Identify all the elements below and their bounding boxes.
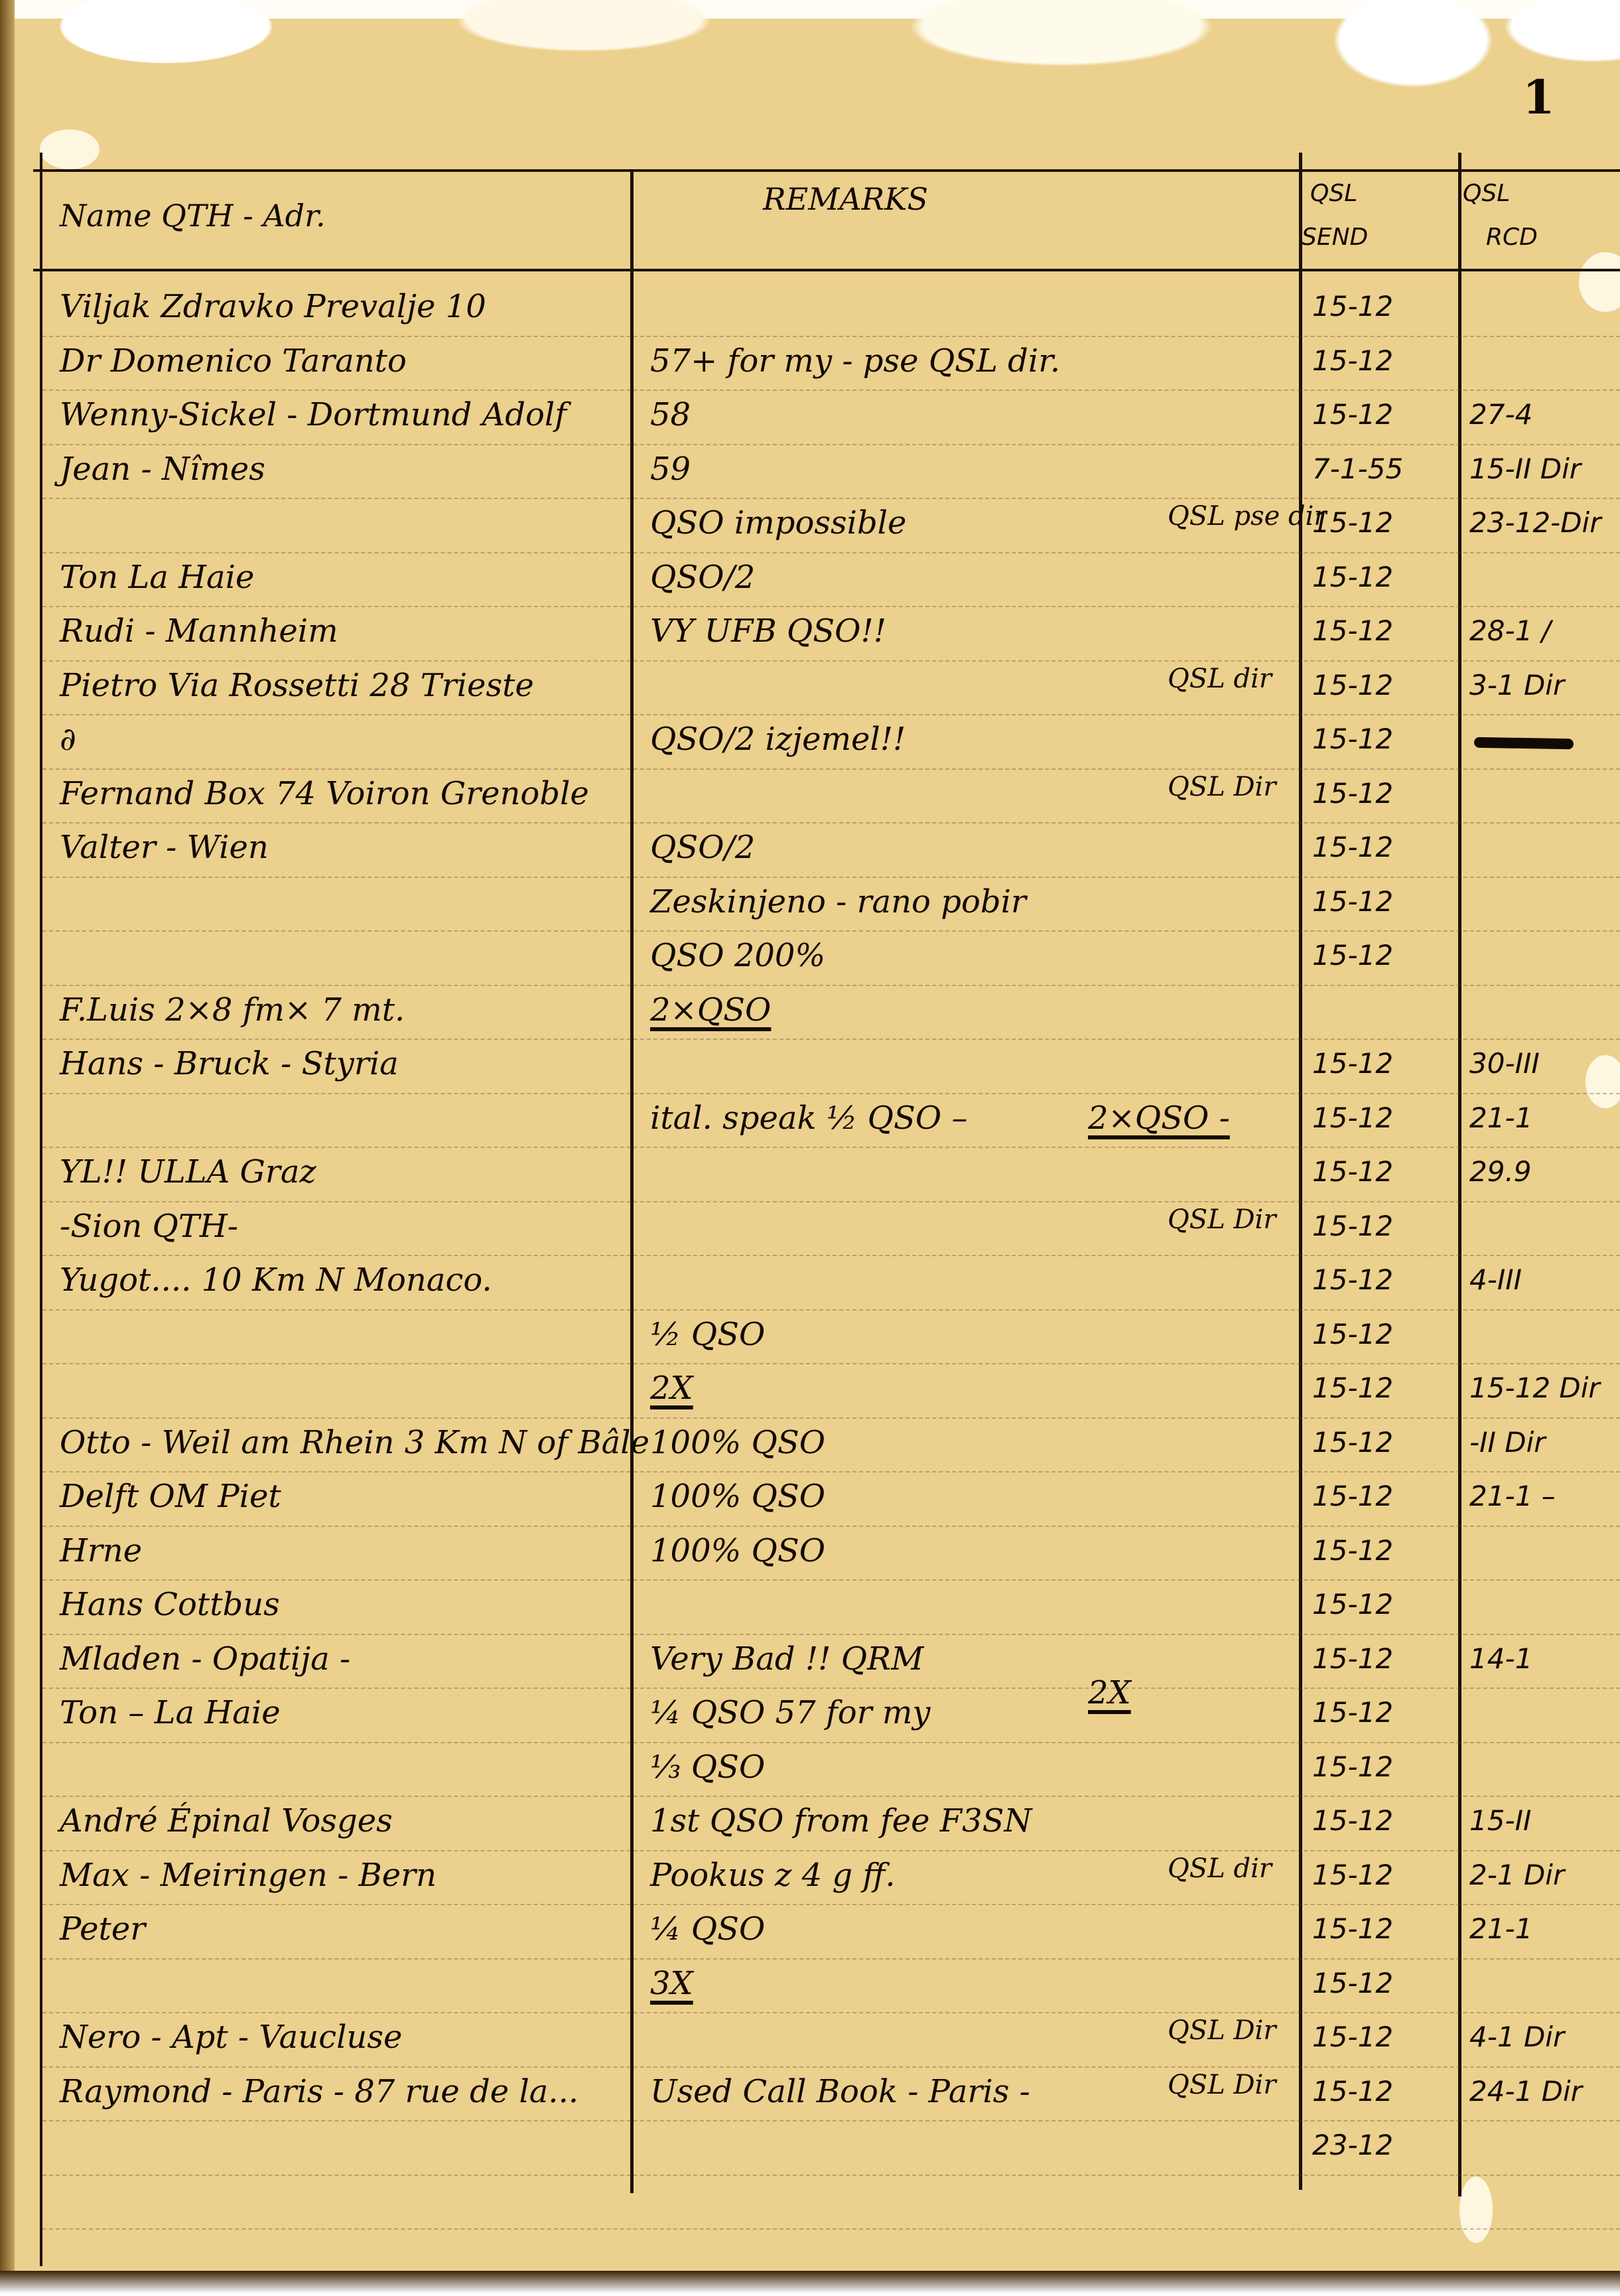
entry-qsl-rcvd-date: 24-1 Dir: [1469, 2072, 1582, 2112]
left-margin-line: [40, 153, 42, 2266]
entry-qsl-rcvd-date: 30-III: [1469, 1044, 1540, 1084]
entry-remarks: 100% QSO: [650, 1531, 825, 1571]
entry-qsl-rcvd-date: 23-12-Dir: [1469, 503, 1601, 543]
ruled-line: [42, 930, 1620, 932]
entry-name-qth: Raymond - Paris - 87 rue de la...: [60, 2072, 578, 2112]
entry-name-qth: Fernand Box 74 Voiron Grenoble: [60, 774, 589, 814]
ruled-line: [42, 985, 1620, 986]
entry-qsl-sent-date: 15-12: [1312, 1964, 1393, 2003]
entry-qsl-sent-date: 15-12: [1312, 719, 1393, 759]
entry-name-qth: Peter: [60, 1909, 145, 1949]
entry-name-qth: Valter - Wien: [60, 827, 269, 867]
entry-remarks: 1st QSO from fee F3SN: [650, 1801, 1032, 1841]
header-remarks: REMARKS: [763, 179, 928, 219]
entry-remarks: 100% QSO: [650, 1423, 825, 1463]
entry-qsl-sent-date: 15-12: [1312, 557, 1393, 597]
ruled-line: [42, 552, 1620, 553]
entry-name-qth: Pietro Via Rossetti 28 Trieste: [60, 666, 534, 705]
header-qsl-send-1: QSL: [1310, 174, 1357, 214]
paper-bottom-edge: [0, 2271, 1620, 2296]
entry-remarks: VY UFB QSO!!: [650, 611, 886, 651]
torn-top-edge: [0, 0, 1620, 153]
entry-qsl-rcvd-date: 3-1 Dir: [1469, 666, 1564, 705]
ruled-line: [42, 444, 1620, 445]
entry-qsl-sent-date: 15-12: [1312, 2072, 1393, 2112]
entry-qsl-rcvd-date: 2-1 Dir: [1469, 1855, 1564, 1895]
entry-qsl-sent-date: 15-12: [1312, 1044, 1393, 1084]
paper-stain: [1459, 2177, 1493, 2243]
entry-qsl-sent-date: 15-12: [1312, 1801, 1393, 1841]
entry-qsl-sent-date: 15-12: [1312, 341, 1393, 381]
entry-qsl-sent-date: 15-12: [1312, 1260, 1393, 1300]
entry-qsl-sent-date: 15-12: [1312, 1585, 1393, 1624]
entry-remarks-qsl-note: QSL Dir: [1168, 767, 1276, 807]
ruled-line: [42, 1904, 1620, 1905]
paper-stain: [1579, 252, 1620, 312]
entry-remarks-qsl-note: QSL Dir: [1168, 2065, 1276, 2105]
entry-name-qth: Viljak Zdravko Prevalje 10: [60, 287, 486, 326]
entry-remarks: QSO/2: [650, 557, 755, 597]
entry-remarks: QSO impossible: [650, 503, 906, 543]
paper-stain: [1586, 1055, 1620, 1108]
entry-qsl-rcvd-date: 15-II: [1469, 1801, 1531, 1841]
page-number: 1: [1522, 70, 1555, 125]
entry-qsl-sent-date: 15-12: [1312, 1098, 1393, 1138]
entry-qsl-sent-date: 15-12: [1312, 1639, 1393, 1679]
ruled-line: [42, 768, 1620, 770]
entry-qsl-sent-date: 15-12: [1312, 1423, 1393, 1463]
entry-remarks: ital. speak ½ QSO –: [650, 1098, 967, 1138]
ruled-line: [42, 2012, 1620, 2013]
ruled-line: [42, 2066, 1620, 2068]
header-qsl-rcd-1: QSL: [1463, 174, 1510, 214]
ruled-line: [42, 1147, 1620, 1148]
ruled-line: [42, 714, 1620, 715]
column-divider-qsl-send: [1299, 153, 1302, 2190]
column-divider-qsl-rcd: [1458, 153, 1461, 2196]
entry-remarks: 57+ for my - pse QSL dir.: [650, 341, 1060, 381]
entry-qsl-sent-date: 23-12: [1312, 2125, 1393, 2165]
entry-remarks: 59: [650, 449, 691, 489]
entry-remarks: 2X: [650, 1368, 693, 1408]
entry-remarks: Very Bad !! QRM: [650, 1639, 923, 1679]
entry-qsl-rcvd-date: 4-1 Dir: [1469, 2017, 1564, 2057]
entry-name-qth: Jean - Nîmes: [60, 449, 265, 489]
entry-name-qth: Dr Domenico Taranto: [60, 341, 407, 381]
entry-qsl-sent-date: 15-12: [1312, 1747, 1393, 1787]
ruled-line: [42, 2228, 1620, 2230]
entry-name-qth: Hans - Bruck - Styria: [60, 1044, 399, 1084]
entry-qsl-rcvd-date: 21-1: [1469, 1909, 1532, 1949]
ruled-line: [42, 1742, 1620, 1743]
entry-remarks: Zeskinjeno - rano pobir: [650, 882, 1026, 922]
entry-remarks: Used Call Book - Paris -: [650, 2072, 1030, 2112]
entry-name-qth: Delft OM Piet: [60, 1476, 281, 1516]
entry-remarks: 3X: [650, 1964, 693, 2003]
entry-qsl-rcvd-date: 21-1: [1469, 1098, 1532, 1138]
entry-qsl-sent-date: 7-1-55: [1312, 449, 1403, 489]
ruled-line: [42, 1958, 1620, 1960]
ruled-line: [42, 1526, 1620, 1527]
paper-stain: [40, 129, 100, 169]
ruled-line: [42, 1039, 1620, 1040]
entry-remarks: 100% QSO: [650, 1476, 825, 1516]
entry-qsl-rcvd-date: -II Dir: [1469, 1423, 1546, 1463]
entry-remarks-qsl-note: QSL Dir: [1168, 2011, 1276, 2050]
ruled-line: [42, 1687, 1620, 1689]
ruled-line: [42, 1471, 1620, 1472]
entry-qsl-sent-date: 15-12: [1312, 1531, 1393, 1571]
ruled-line: [42, 1201, 1620, 1202]
entry-remarks: ½ QSO: [650, 1315, 765, 1354]
entry-qsl-sent-date: 15-12: [1312, 1206, 1393, 1246]
entry-name-qth: Ton La Haie: [60, 557, 254, 597]
entry-remarks: 2×QSO: [650, 990, 771, 1030]
entry-qsl-sent-date: 15-12: [1312, 774, 1393, 814]
ruled-line: [42, 1255, 1620, 1256]
entry-qsl-sent-date: 15-12: [1312, 827, 1393, 867]
entry-name-qth: ∂: [60, 719, 76, 759]
entry-name-qth: Hrne: [60, 1531, 142, 1571]
entry-remarks: ¼ QSO 57 for my: [650, 1693, 930, 1733]
entry-qsl-rcvd-date: 27-4: [1469, 395, 1532, 435]
entry-qsl-sent-date: 15-12: [1312, 882, 1393, 922]
header-qsl-send-2: SEND: [1302, 218, 1368, 257]
entry-qsl-sent-date: 15-12: [1312, 1476, 1393, 1516]
ruled-line: [42, 822, 1620, 824]
column-divider-remarks: [630, 169, 634, 2193]
entry-remarks: QSO 200%: [650, 936, 825, 975]
entry-qsl-sent-date: 15-12: [1312, 1315, 1393, 1354]
binding-edge: [0, 0, 15, 2296]
entry-remarks: QSO/2 izjemel!!: [650, 719, 906, 759]
entry-qsl-sent-date: 15-12: [1312, 1855, 1393, 1895]
ruled-line: [42, 1363, 1620, 1364]
ruled-line: [42, 1309, 1620, 1311]
entry-remarks-qsl-note: QSL pse dir: [1168, 496, 1327, 536]
entry-qsl-rcvd-date: 28-1 /: [1469, 611, 1551, 651]
entry-name-qth: André Épinal Vosges: [60, 1801, 393, 1841]
entry-qsl-rcvd-date: 29.9: [1469, 1152, 1532, 1192]
entry-remarks-qsl-note: QSL Dir: [1168, 1200, 1276, 1240]
entry-remarks-qsl-note: QSL dir: [1168, 659, 1272, 699]
entry-qsl-sent-date: 15-12: [1312, 936, 1393, 975]
ruled-line: [42, 877, 1620, 878]
entry-remarks: QSO/2: [650, 827, 755, 867]
entry-qsl-rcvd-date: 14-1: [1469, 1639, 1532, 1679]
entry-qsl-sent-date: 15-12: [1312, 1368, 1393, 1408]
entry-name-qth: Yugot.... 10 Km N Monaco.: [60, 1260, 492, 1300]
ruled-line: [42, 2120, 1620, 2121]
entry-qsl-sent-date: 15-12: [1312, 503, 1393, 543]
entry-remarks: ⅓ QSO: [650, 1747, 765, 1787]
header-top-rule: [33, 169, 1620, 172]
logbook-page: 1 Name QTH - Adr. REMARKS QSL SEND QSL R…: [0, 0, 1620, 2296]
ruled-line: [42, 606, 1620, 607]
entry-name-qth: Hans Cottbus: [60, 1585, 280, 1624]
entry-qsl-sent-date: 15-12: [1312, 666, 1393, 705]
entry-remarks-qsl-note: QSL dir: [1168, 1849, 1272, 1889]
ruled-line: [42, 1796, 1620, 1797]
entry-qsl-sent-date: 15-12: [1312, 611, 1393, 651]
ruled-line: [42, 390, 1620, 391]
entry-qsl-sent-date: 15-12: [1312, 1693, 1393, 1733]
ruled-line: [42, 1417, 1620, 1419]
ruled-line: [42, 1579, 1620, 1581]
entry-remarks-extra: 2×QSO -: [1088, 1098, 1230, 1138]
ruled-line: [42, 1634, 1620, 1635]
entry-name-qth: Otto - Weil am Rhein 3 Km N of Bâle: [60, 1423, 649, 1463]
entry-name-qth: Wenny-Sickel - Dortmund Adolf: [60, 395, 567, 435]
ruled-line: [42, 1093, 1620, 1094]
header-bottom-rule: [33, 269, 1620, 271]
entry-qsl-sent-date: 15-12: [1312, 2017, 1393, 2057]
header-qsl-rcd-2: RCD: [1486, 218, 1538, 257]
entry-name-qth: Nero - Apt - Vaucluse: [60, 2017, 402, 2057]
entry-qsl-sent-date: 15-12: [1312, 1909, 1393, 1949]
entry-name-qth: YL!! ULLA Graz: [60, 1152, 316, 1192]
ruled-line: [42, 336, 1620, 337]
entry-qsl-rcvd-date: 4-III: [1469, 1260, 1522, 1300]
ruled-line: [42, 498, 1620, 499]
entry-name-qth: -Sion QTH-: [60, 1206, 238, 1246]
entry-name-qth: Rudi - Mannheim: [60, 611, 338, 651]
header-name-qth: Name QTH - Adr.: [60, 196, 326, 236]
entry-qsl-rcvd-date: 15-II Dir: [1469, 449, 1581, 489]
entry-qsl-rcvd-date: 15-12 Dir: [1469, 1368, 1600, 1408]
struck-out-entry: [1474, 737, 1574, 750]
ruled-line: [42, 1850, 1620, 1851]
ruled-line: [42, 2175, 1620, 2176]
entry-qsl-sent-date: 15-12: [1312, 1152, 1393, 1192]
entry-remarks: ¼ QSO: [650, 1909, 765, 1949]
entry-remarks: 58: [650, 395, 691, 435]
entry-name-qth: F.Luis 2×8 fm× 7 mt.: [60, 990, 405, 1030]
entry-qsl-rcvd-date: 21-1 –: [1469, 1476, 1556, 1516]
entry-qsl-sent-date: 15-12: [1312, 395, 1393, 435]
entry-remarks-extra: 2X: [1088, 1673, 1131, 1713]
entry-qsl-sent-date: 15-12: [1312, 287, 1393, 326]
entry-name-qth: Ton – La Haie: [60, 1693, 281, 1733]
entry-name-qth: Mladen - Opatija -: [60, 1639, 350, 1679]
entry-remarks: Pookus z 4 g ff.: [650, 1855, 896, 1895]
ruled-line: [42, 660, 1620, 662]
entry-name-qth: Max - Meiringen - Bern: [60, 1855, 437, 1895]
